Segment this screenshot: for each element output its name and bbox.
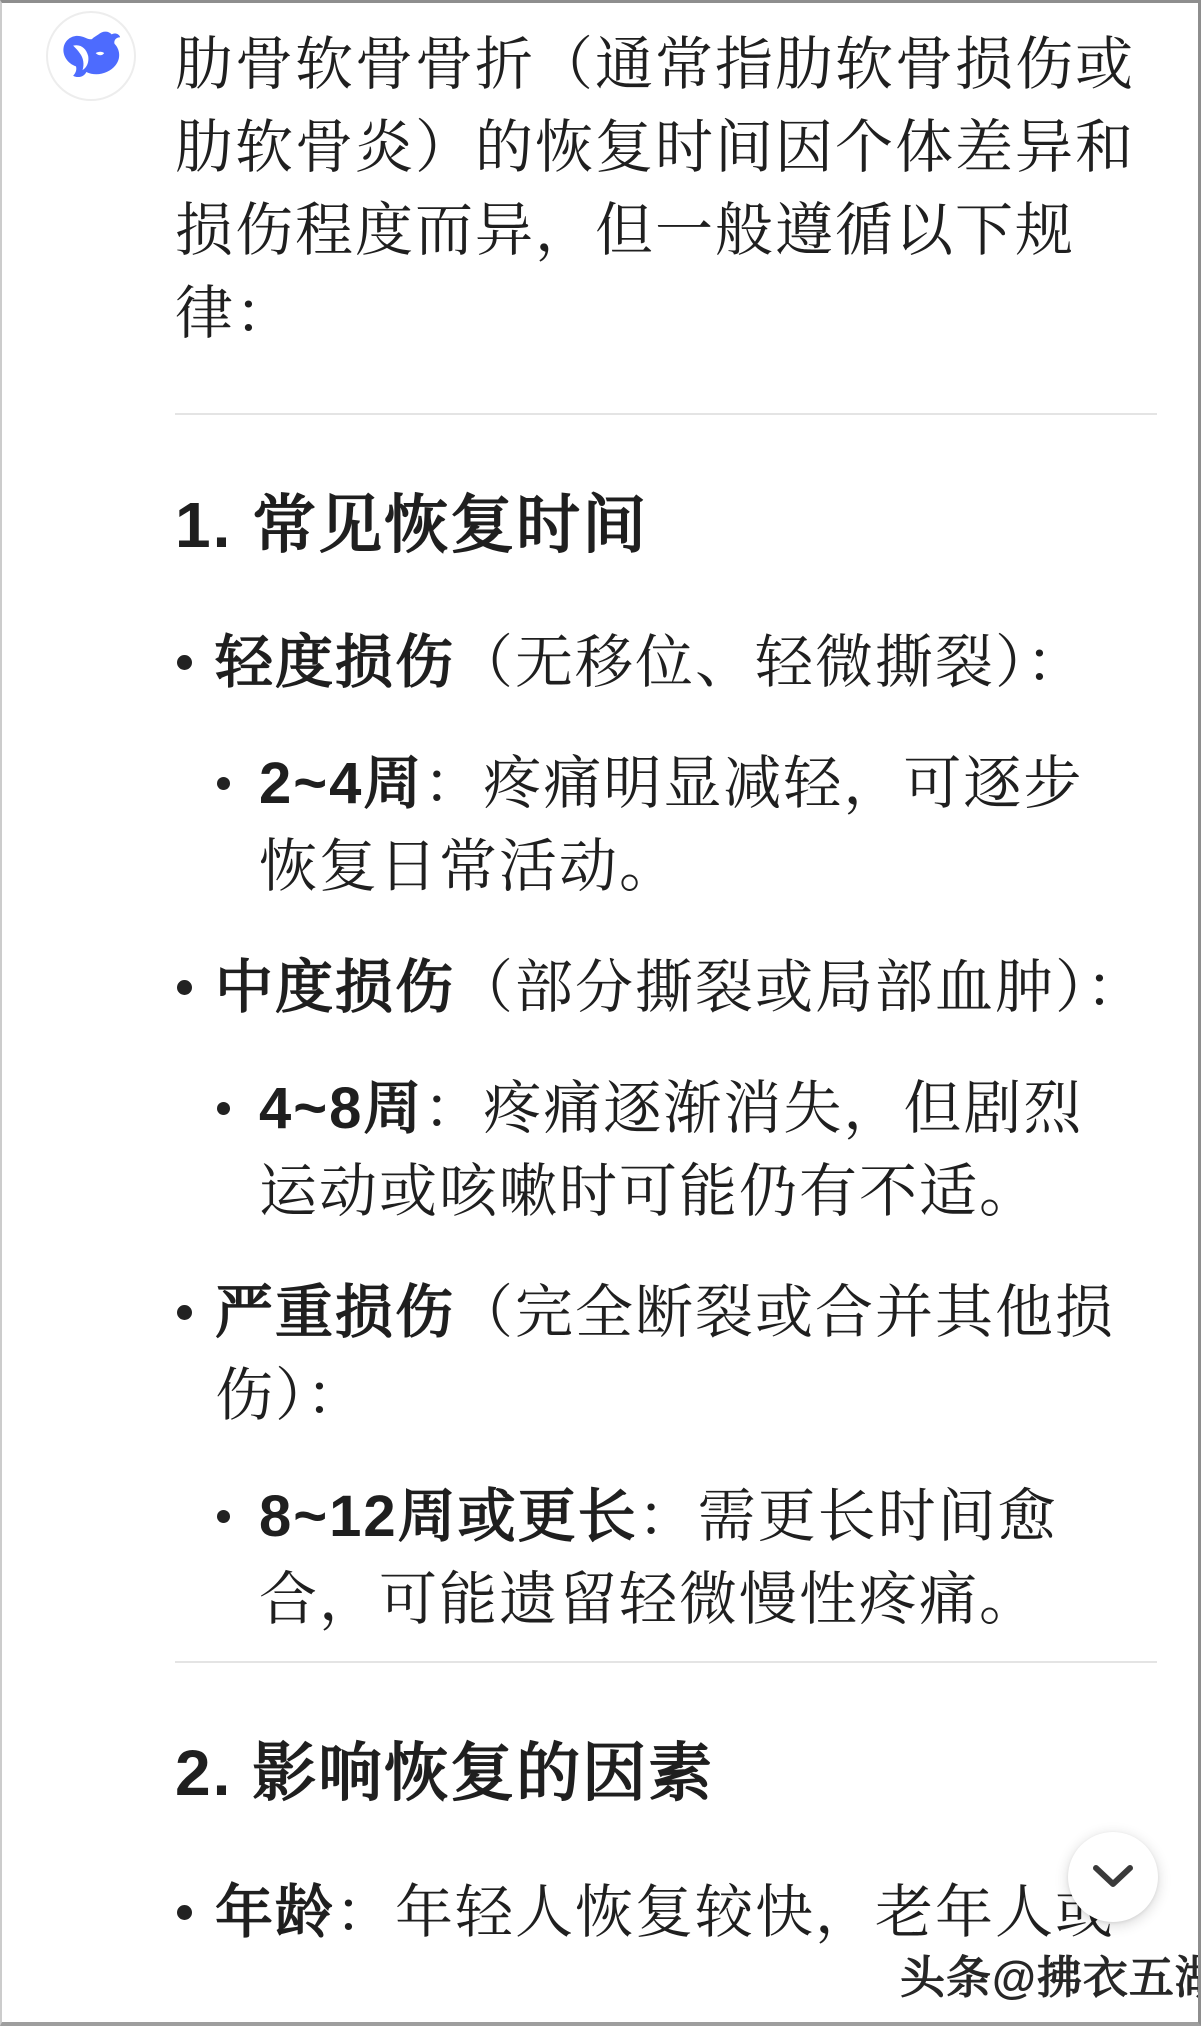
item-term: 中度损伤 (215, 955, 455, 1020)
intro-paragraph: 肋骨软骨骨折（通常指肋软骨损伤或肋软骨炎）的恢复时间因个体差异和损伤程度而异，但… (175, 23, 1155, 355)
item-note: （无移位、轻微撕裂）： (455, 630, 1086, 695)
section-2-list: 年龄：年轻人恢复较快，老年人或 (175, 1871, 1155, 1954)
item-note: ：年轻人恢复较快，老年人或 (335, 1880, 1115, 1945)
chat-screenshot: 肋骨软骨骨折（通常指肋软骨损伤或肋软骨炎）的恢复时间因个体差异和损伤程度而异，但… (0, 0, 1201, 2026)
bullet-dot-icon (177, 1905, 192, 1920)
assistant-avatar (46, 11, 136, 101)
list-item: 年龄：年轻人恢复较快，老年人或 (175, 1871, 1155, 1954)
scroll-to-bottom-button[interactable] (1068, 1832, 1158, 1922)
sub-item-term: 8~12周或更长 (259, 1484, 638, 1549)
chevron-down-icon (1091, 1864, 1135, 1890)
list-item: 4~8周：疼痛逐渐消失，但剧烈运动或咳嗽时可能仍有不适。 (215, 1067, 1129, 1233)
item-term: 轻度损伤 (215, 630, 455, 695)
sub-list: 4~8周：疼痛逐渐消失，但剧烈运动或咳嗽时可能仍有不适。 (215, 1067, 1155, 1233)
watermark: 头条@拂衣五湖 (900, 1953, 1201, 2003)
section-1-heading: 1. 常见恢复时间 (175, 479, 1155, 571)
section-1-list: 轻度损伤（无移位、轻微撕裂）： 2~4周：疼痛明显减轻，可逐步恢复日常活动。 中… (175, 621, 1155, 1641)
list-item: 严重损伤（完全断裂或合并其他损伤）： 8~12周或更长：需更长时间愈合，可能遗留… (175, 1271, 1155, 1641)
list-item: 8~12周或更长：需更长时间愈合，可能遗留轻微慢性疼痛。 (215, 1475, 1129, 1641)
item-note: （部分撕裂或局部血肿）： (455, 955, 1146, 1020)
section-2-heading: 2. 影响恢复的因素 (175, 1727, 1155, 1819)
bullet-dot-icon (217, 1510, 230, 1523)
bullet-dot-icon (177, 980, 192, 995)
item-term: 年龄 (215, 1880, 335, 1945)
sub-item-term: 2~4周 (259, 751, 423, 816)
bullet-dot-icon (217, 1102, 230, 1115)
bullet-dot-icon (177, 655, 192, 670)
bullet-dot-icon (217, 777, 230, 790)
divider (175, 1661, 1157, 1663)
sub-item-term: 4~8周 (259, 1076, 423, 1141)
assistant-message: 肋骨软骨骨折（通常指肋软骨损伤或肋软骨炎）的恢复时间因个体差异和损伤程度而异，但… (175, 23, 1155, 1954)
list-item: 轻度损伤（无移位、轻微撕裂）： 2~4周：疼痛明显减轻，可逐步恢复日常活动。 (175, 621, 1155, 908)
list-item: 2~4周：疼痛明显减轻，可逐步恢复日常活动。 (215, 742, 1129, 908)
list-item: 中度损伤（部分撕裂或局部血肿）： 4~8周：疼痛逐渐消失，但剧烈运动或咳嗽时可能… (175, 946, 1155, 1233)
divider (175, 413, 1157, 415)
item-term: 严重损伤 (215, 1280, 455, 1345)
deepseek-whale-icon (60, 30, 122, 82)
sub-list: 8~12周或更长：需更长时间愈合，可能遗留轻微慢性疼痛。 (215, 1475, 1155, 1641)
bullet-dot-icon (177, 1305, 192, 1320)
sub-list: 2~4周：疼痛明显减轻，可逐步恢复日常活动。 (215, 742, 1155, 908)
